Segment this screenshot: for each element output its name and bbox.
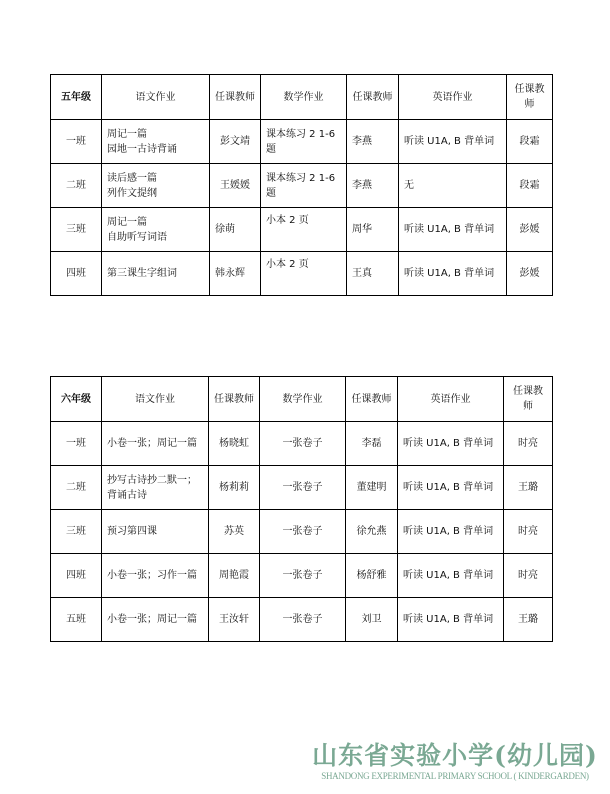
header-english: 英语作业 — [398, 377, 504, 422]
english-teacher: 时亮 — [504, 510, 553, 554]
class-name: 一班 — [51, 120, 102, 164]
table-row: 四班 小卷一张；习作一篇 周艳霞 一张卷子 杨舒雅 听读 U1A, B 背单词 … — [51, 554, 553, 598]
school-name-cn: 山东省实验小学(幼儿园) — [310, 742, 600, 770]
class-name: 五班 — [51, 598, 102, 642]
english-teacher: 王璐 — [504, 598, 553, 642]
math-homework: 小本 2 页 — [261, 252, 347, 296]
chinese-teacher: 王汝轩 — [209, 598, 260, 642]
chinese-homework: 周记一篇自助听写词语 — [102, 208, 210, 252]
header-math: 数学作业 — [261, 75, 347, 120]
chinese-homework: 小卷一张；周记一篇 — [102, 598, 209, 642]
math-teacher: 徐允燕 — [346, 510, 398, 554]
english-homework: 听读 U1A, B 背单词 — [399, 120, 507, 164]
math-homework: 小本 2 页 — [261, 208, 347, 252]
table-row: 三班 周记一篇自助听写词语 徐萌 小本 2 页 周华 听读 U1A, B 背单词… — [51, 208, 553, 252]
class-name: 三班 — [51, 208, 102, 252]
math-teacher: 刘卫 — [346, 598, 398, 642]
grade-label: 六年级 — [51, 377, 102, 422]
math-teacher: 王真 — [347, 252, 399, 296]
chinese-teacher: 彭文靖 — [210, 120, 261, 164]
chinese-homework: 周记一篇园地一古诗背诵 — [102, 120, 210, 164]
header-teacher: 任课教师 — [210, 75, 261, 120]
math-homework: 课本练习 2 1-6题 — [261, 164, 347, 208]
english-teacher: 彭媛 — [507, 252, 553, 296]
chinese-teacher: 周艳霞 — [209, 554, 260, 598]
english-teacher: 彭媛 — [507, 208, 553, 252]
grade-label: 五年级 — [51, 75, 102, 120]
english-teacher: 段霜 — [507, 120, 553, 164]
math-teacher: 李燕 — [347, 120, 399, 164]
chinese-homework: 小卷一张；周记一篇 — [102, 422, 209, 466]
chinese-teacher: 徐萌 — [210, 208, 261, 252]
math-homework: 一张卷子 — [260, 598, 346, 642]
english-teacher: 段霜 — [507, 164, 553, 208]
header-english: 英语作业 — [399, 75, 507, 120]
math-teacher: 董建明 — [346, 466, 398, 510]
class-name: 一班 — [51, 422, 102, 466]
table-row: 一班 小卷一张；周记一篇 杨晓虹 一张卷子 李磊 听读 U1A, B 背单词 时… — [51, 422, 553, 466]
table-row: 五班 小卷一张；周记一篇 王汝轩 一张卷子 刘卫 听读 U1A, B 背单词 王… — [51, 598, 553, 642]
header-teacher: 任课教师 — [347, 75, 399, 120]
chinese-teacher: 韩永辉 — [210, 252, 261, 296]
english-homework: 听读 U1A, B 背单词 — [399, 208, 507, 252]
chinese-homework: 读后感一篇列作文提纲 — [102, 164, 210, 208]
header-teacher: 任课教师 — [346, 377, 398, 422]
english-homework: 听读 U1A, B 背单词 — [399, 252, 507, 296]
header-chinese: 语文作业 — [102, 377, 209, 422]
header-chinese: 语文作业 — [102, 75, 210, 120]
class-name: 二班 — [51, 466, 102, 510]
class-name: 四班 — [51, 252, 102, 296]
table-row: 二班 读后感一篇列作文提纲 王媛媛 课本练习 2 1-6题 李燕 无 段霜 — [51, 164, 553, 208]
table-header-row: 六年级 语文作业 任课教师 数学作业 任课教师 英语作业 任课教师 — [51, 377, 553, 422]
chinese-teacher: 杨晓虹 — [209, 422, 260, 466]
math-homework: 一张卷子 — [260, 422, 346, 466]
math-teacher: 李燕 — [347, 164, 399, 208]
header-teacher: 任课教师 — [507, 75, 553, 120]
math-homework: 一张卷子 — [260, 554, 346, 598]
class-name: 二班 — [51, 164, 102, 208]
table-row: 四班 第三课生字组词 韩永辉 小本 2 页 王真 听读 U1A, B 背单词 彭… — [51, 252, 553, 296]
chinese-homework: 第三课生字组词 — [102, 252, 210, 296]
grade6-homework-table: 六年级 语文作业 任课教师 数学作业 任课教师 英语作业 任课教师 一班 小卷一… — [50, 376, 553, 642]
chinese-homework: 小卷一张；习作一篇 — [102, 554, 209, 598]
table-row: 二班 抄写古诗抄二默一；背诵古诗 杨莉莉 一张卷子 董建明 听读 U1A, B … — [51, 466, 553, 510]
class-name: 三班 — [51, 510, 102, 554]
math-homework: 课本练习 2 1-6题 — [261, 120, 347, 164]
chinese-teacher: 苏英 — [209, 510, 260, 554]
header-teacher: 任课教师 — [209, 377, 260, 422]
table-header-row: 五年级 语文作业 任课教师 数学作业 任课教师 英语作业 任课教师 — [51, 75, 553, 120]
school-name-en: SHANDONG EXPERIMENTAL PRIMARY SCHOOL ( K… — [310, 770, 600, 782]
english-homework: 听读 U1A, B 背单词 — [398, 422, 504, 466]
math-homework: 一张卷子 — [260, 510, 346, 554]
english-teacher: 时亮 — [504, 554, 553, 598]
chinese-teacher: 王媛媛 — [210, 164, 261, 208]
math-teacher: 杨舒雅 — [346, 554, 398, 598]
english-teacher: 王璐 — [504, 466, 553, 510]
english-teacher: 时亮 — [504, 422, 553, 466]
chinese-homework: 预习第四课 — [102, 510, 209, 554]
grade5-homework-table: 五年级 语文作业 任课教师 数学作业 任课教师 英语作业 任课教师 一班 周记一… — [50, 74, 553, 296]
english-homework: 听读 U1A, B 背单词 — [398, 510, 504, 554]
table-row: 一班 周记一篇园地一古诗背诵 彭文靖 课本练习 2 1-6题 李燕 听读 U1A… — [51, 120, 553, 164]
chinese-homework: 抄写古诗抄二默一；背诵古诗 — [102, 466, 209, 510]
chinese-teacher: 杨莉莉 — [209, 466, 260, 510]
school-logo: 山东省实验小学(幼儿园) SHANDONG EXPERIMENTAL PRIMA… — [310, 742, 600, 782]
class-name: 四班 — [51, 554, 102, 598]
table-row: 三班 预习第四课 苏英 一张卷子 徐允燕 听读 U1A, B 背单词 时亮 — [51, 510, 553, 554]
math-teacher: 李磊 — [346, 422, 398, 466]
math-homework: 一张卷子 — [260, 466, 346, 510]
english-homework: 听读 U1A, B 背单词 — [398, 554, 504, 598]
header-math: 数学作业 — [260, 377, 346, 422]
english-homework: 无 — [399, 164, 507, 208]
english-homework: 听读 U1A, B 背单词 — [398, 598, 504, 642]
header-teacher: 任课教师 — [504, 377, 553, 422]
math-teacher: 周华 — [347, 208, 399, 252]
english-homework: 听读 U1A, B 背单词 — [398, 466, 504, 510]
